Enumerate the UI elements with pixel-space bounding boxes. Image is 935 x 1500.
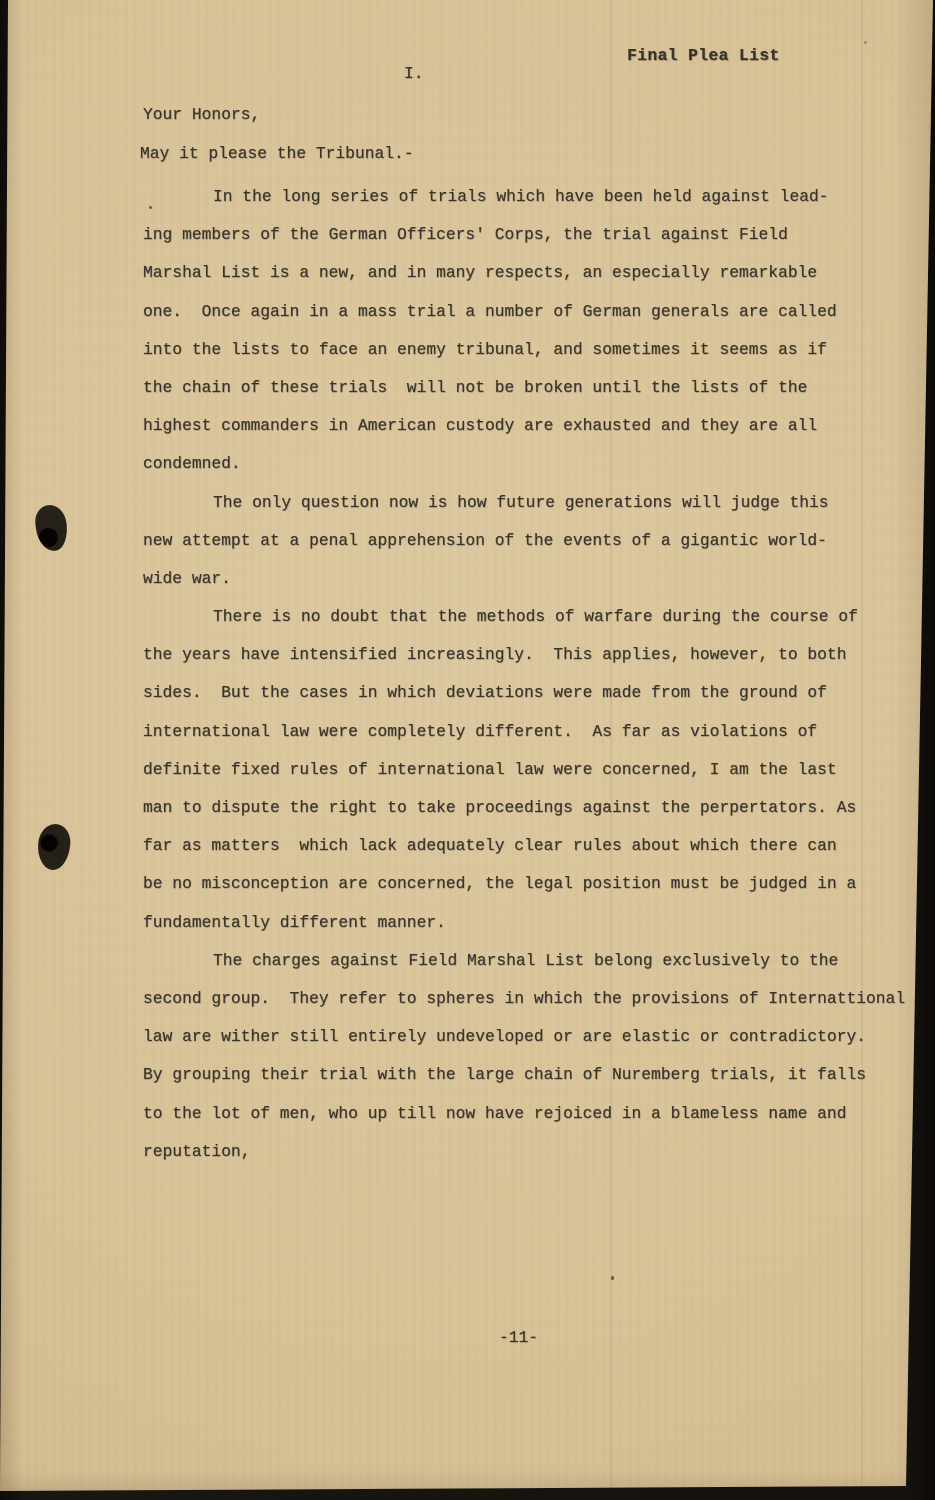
- body-line: wide war.: [143, 569, 923, 607]
- body-line: There is no doubt that the methods of wa…: [143, 607, 923, 645]
- salutation-line: May it please the Tribunal.-: [140, 144, 414, 163]
- body-line: man to dispute the right to take proceed…: [143, 798, 923, 836]
- body-line: Marshal List is a new, and in many respe…: [143, 263, 923, 301]
- body-line: sides. But the cases in which deviations…: [143, 683, 923, 721]
- scan-background: Final Plea List I. Your Honors, May it p…: [0, 0, 935, 1500]
- body-line: reputation,: [143, 1142, 923, 1180]
- body-line: the chain of these trials will not be br…: [143, 378, 923, 416]
- body-line: law are wither still entirely undevelope…: [143, 1027, 923, 1065]
- body-line: The only question now is how future gene…: [143, 493, 923, 531]
- ink-blot-icon: [36, 823, 71, 871]
- body-line: fundamentally different manner.: [143, 913, 923, 951]
- body-line: definite fixed rules of international la…: [143, 760, 923, 798]
- body-line: condemned.: [143, 454, 923, 492]
- document-title: Final Plea List: [627, 46, 780, 65]
- dust-speck: [864, 41, 867, 44]
- body-line: new attempt at a penal apprehension of t…: [143, 531, 923, 569]
- body-line: ing members of the German Officers' Corp…: [143, 225, 923, 263]
- page-number: -11-: [499, 1328, 538, 1347]
- body-line: By grouping their trial with the large c…: [143, 1065, 923, 1103]
- ink-blot-icon: [33, 503, 69, 552]
- body-line: to the lot of men, who up till now have …: [143, 1104, 923, 1142]
- body-line: highest commanders in American custody a…: [143, 416, 923, 454]
- body-line: international law were completely differ…: [143, 722, 923, 760]
- body-line: second group. They refer to spheres in w…: [143, 989, 923, 1027]
- body-line: In the long series of trials which have …: [143, 187, 923, 225]
- section-numeral: I.: [404, 64, 424, 83]
- dust-speck: [149, 206, 152, 209]
- body-line: far as matters which lack adequately cle…: [143, 836, 923, 874]
- body-line: be no misconception are concerned, the l…: [143, 874, 923, 912]
- body-line: one. Once again in a mass trial a number…: [143, 302, 923, 340]
- body-line: the years have intensified increasingly.…: [143, 645, 923, 683]
- body-line: The charges against Field Marshal List b…: [143, 951, 923, 989]
- document-page: Final Plea List I. Your Honors, May it p…: [0, 0, 935, 1500]
- salutation-line: Your Honors,: [143, 105, 260, 124]
- dust-speck: [611, 1276, 614, 1280]
- body-line: into the lists to face an enemy tribunal…: [143, 340, 923, 378]
- document-body: In the long series of trials which have …: [143, 187, 923, 1180]
